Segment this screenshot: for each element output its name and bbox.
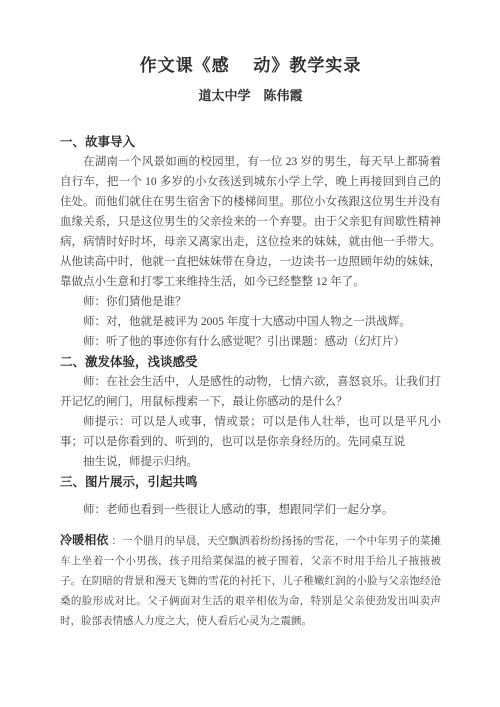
section-2-note-line: 抽生说，师提示归纳。 — [60, 452, 441, 472]
section-2-teacher-line-1: 师：在社会生活中，人是感性的动物，七情六欲，喜怒哀乐。让我们打开记忆的闸门，用鼠… — [60, 372, 441, 412]
section-pictures: 三、图片展示，引起共鸣 师：老师也看到一些很让人感动的事，想跟同学们一起分享。 — [60, 472, 441, 520]
section-1-teacher-line-3: 师：听了他的事迹你有什么感觉呢？引出课题：感动（幻灯片） — [60, 332, 441, 352]
story-text: 一个腊月的早晨，天空飘洒着纷纷扬扬的雪花，一个中年男子的菜摊车上坐着一个小男孩，… — [60, 536, 441, 627]
section-3-teacher-line-1: 师：老师也看到一些很让人感动的事，想跟同学们一起分享。 — [60, 500, 441, 520]
document-page: 作文课《感 动》教学实录 道太中学 陈伟霞 一、故事导入 在湖南一个风景如画的校… — [0, 0, 500, 707]
section-story-intro: 一、故事导入 在湖南一个风景如画的校园里，有一位 23 岁的男生，每天早上都骑着… — [60, 132, 441, 352]
story-paragraph: 冷暖相依 ：一个腊月的早晨，天空飘洒着纷纷扬扬的雪花，一个中年男子的菜摊车上坐着… — [60, 530, 441, 632]
section-3-heading: 三、图片展示，引起共鸣 — [60, 472, 441, 492]
section-1-teacher-line-1: 师：你们猜他是谁？ — [60, 292, 441, 312]
section-1-heading: 一、故事导入 — [60, 132, 441, 152]
section-2-teacher-hint: 师提示：可以是人或事，情或景；可以是伟人壮举，也可以是平凡小事；可以是你看到的、… — [60, 412, 441, 452]
story-title-label: 冷暖相依 — [60, 533, 109, 547]
section-experience: 二、激发体验，浅谈感受 师：在社会生活中，人是感性的动物，七情六欲，喜怒哀乐。让… — [60, 352, 441, 472]
section-1-teacher-line-2: 师：对，他就是被评为 2005 年度十大感动中国人物之一洪战辉。 — [60, 312, 441, 332]
section-2-heading: 二、激发体验，浅谈感受 — [60, 352, 441, 372]
section-1-paragraph-story: 在湖南一个风景如画的校园里，有一位 23 岁的男生，每天早上都骑着自行车，把一个… — [60, 152, 441, 292]
story-separator: ： — [109, 536, 122, 547]
document-subtitle: 道太中学 陈伟霞 — [60, 87, 441, 105]
document-title: 作文课《感 动》教学实录 — [60, 54, 441, 78]
